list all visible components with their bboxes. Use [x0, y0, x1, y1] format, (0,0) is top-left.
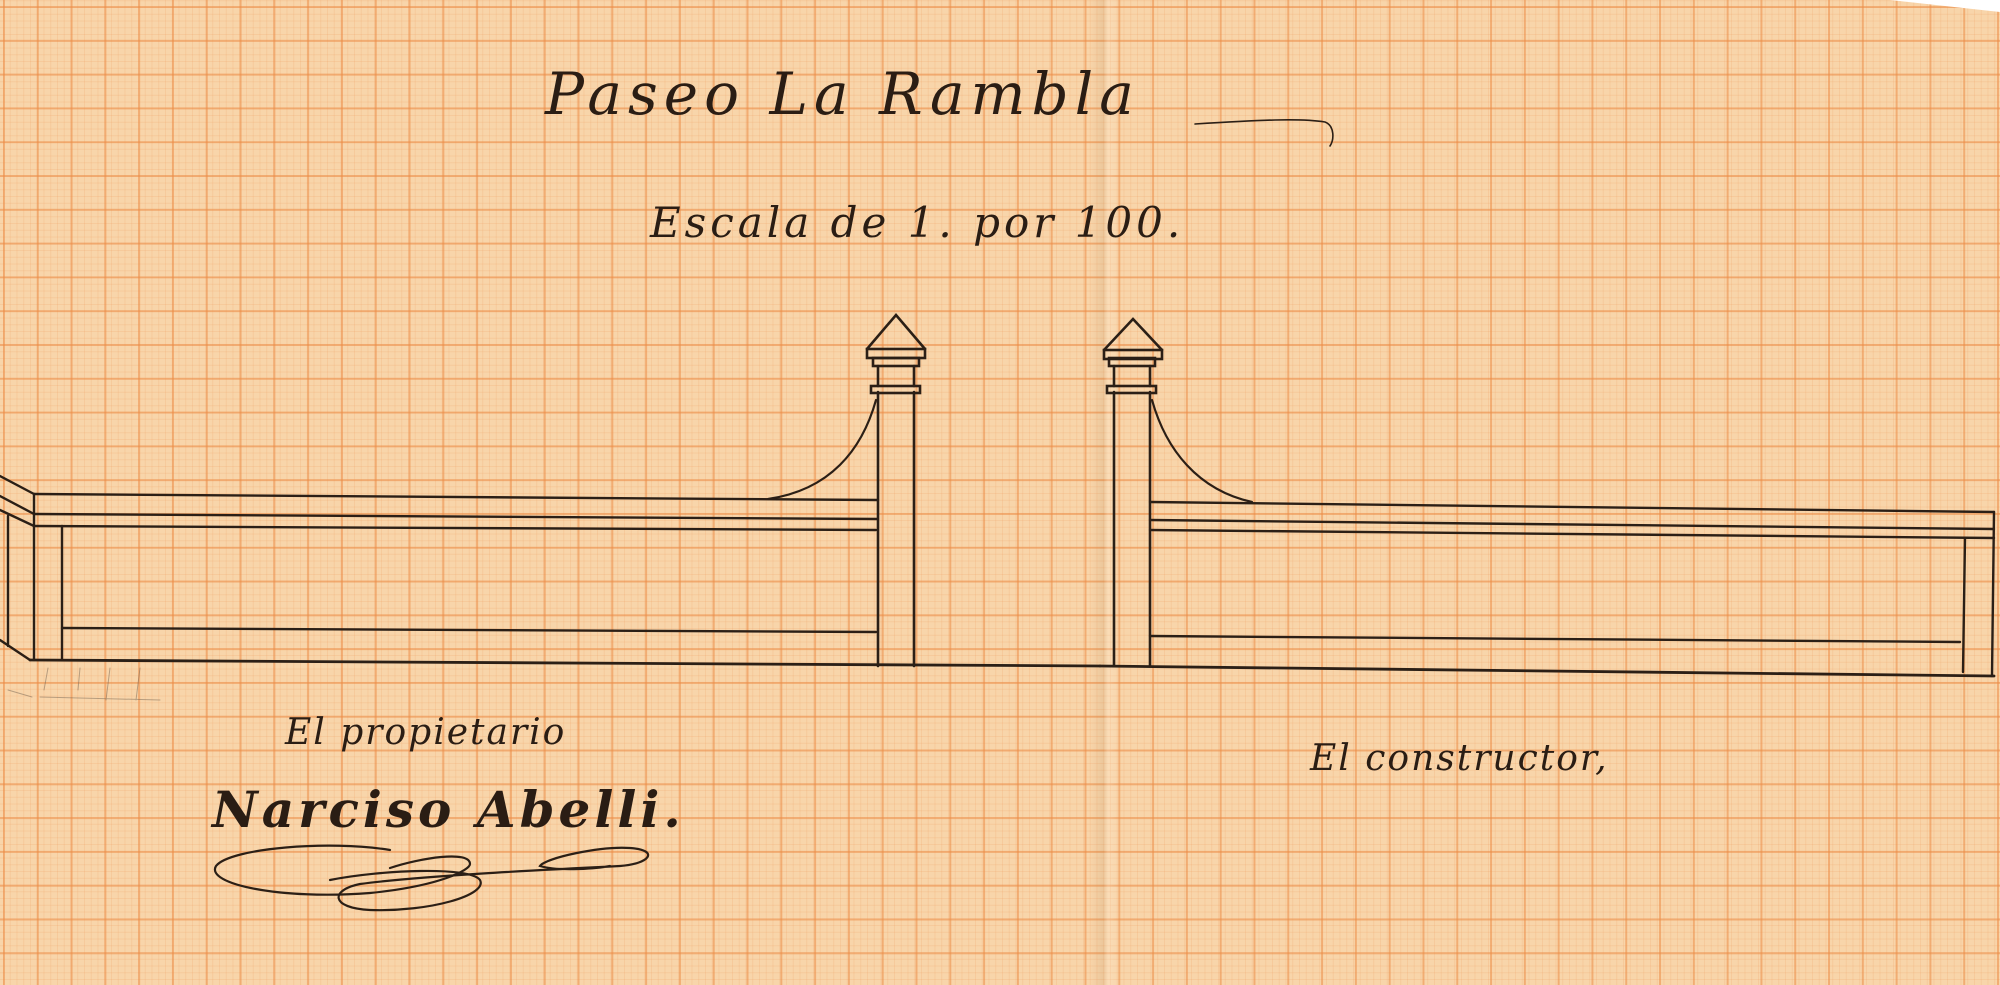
builder-label: El constructor, [1310, 738, 1609, 779]
owner-label: El propietario [285, 712, 566, 753]
left-wall [0, 476, 1100, 700]
signature-paraph [215, 846, 648, 911]
scale-note: Escala de 1. por 100. [650, 198, 1184, 247]
right-pillar [1104, 319, 1252, 666]
drawing-title: Paseo La Rambla [545, 60, 1140, 128]
owner-signature-name: Narciso Abelli. [212, 780, 685, 839]
right-wall [1100, 502, 1994, 676]
left-pillar [768, 315, 925, 666]
title-underline-flourish [1195, 120, 1333, 146]
